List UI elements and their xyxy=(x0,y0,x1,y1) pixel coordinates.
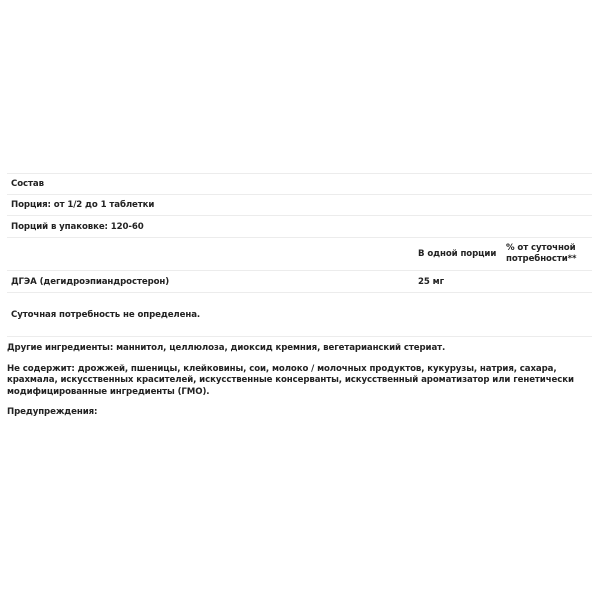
warnings-label: Предупреждения: xyxy=(7,407,592,419)
footnote-row: Суточная потребность не определена. xyxy=(7,293,592,337)
supplement-facts-table: Состав Порция: от 1/2 до 1 таблетки Порц… xyxy=(7,173,592,337)
ingredient-amount: 25 мг xyxy=(418,277,506,287)
serving-size-row: Порция: от 1/2 до 1 таблетки xyxy=(7,195,592,216)
servings-per-container: Порций в упаковке: 120-60 xyxy=(11,222,144,232)
facts-title: Состав xyxy=(11,179,44,189)
servings-per-container-row: Порций в упаковке: 120-60 xyxy=(7,216,592,238)
daily-value-footnote: Суточная потребность не определена. xyxy=(11,310,200,320)
does-not-contain: Не содержит: дрожжей, пшеницы, клейковин… xyxy=(7,364,592,399)
facts-title-row: Состав xyxy=(7,174,592,195)
serving-size: Порция: от 1/2 до 1 таблетки xyxy=(11,200,154,210)
column-header-amount: В одной порции xyxy=(418,249,506,259)
ingredient-row: ДГЭА (дегидроэпиандростерон) 25 мг xyxy=(7,271,592,293)
column-header-row: В одной порции % от суточной потребности… xyxy=(7,238,592,271)
product-details: Другие ингредиенты: маннитол, целлюлоза,… xyxy=(7,343,592,428)
ingredient-name: ДГЭА (дегидроэпиандростерон) xyxy=(11,277,418,287)
column-header-daily-value: % от суточной потребности** xyxy=(506,243,576,265)
other-ingredients: Другие ингредиенты: маннитол, целлюлоза,… xyxy=(7,343,592,355)
